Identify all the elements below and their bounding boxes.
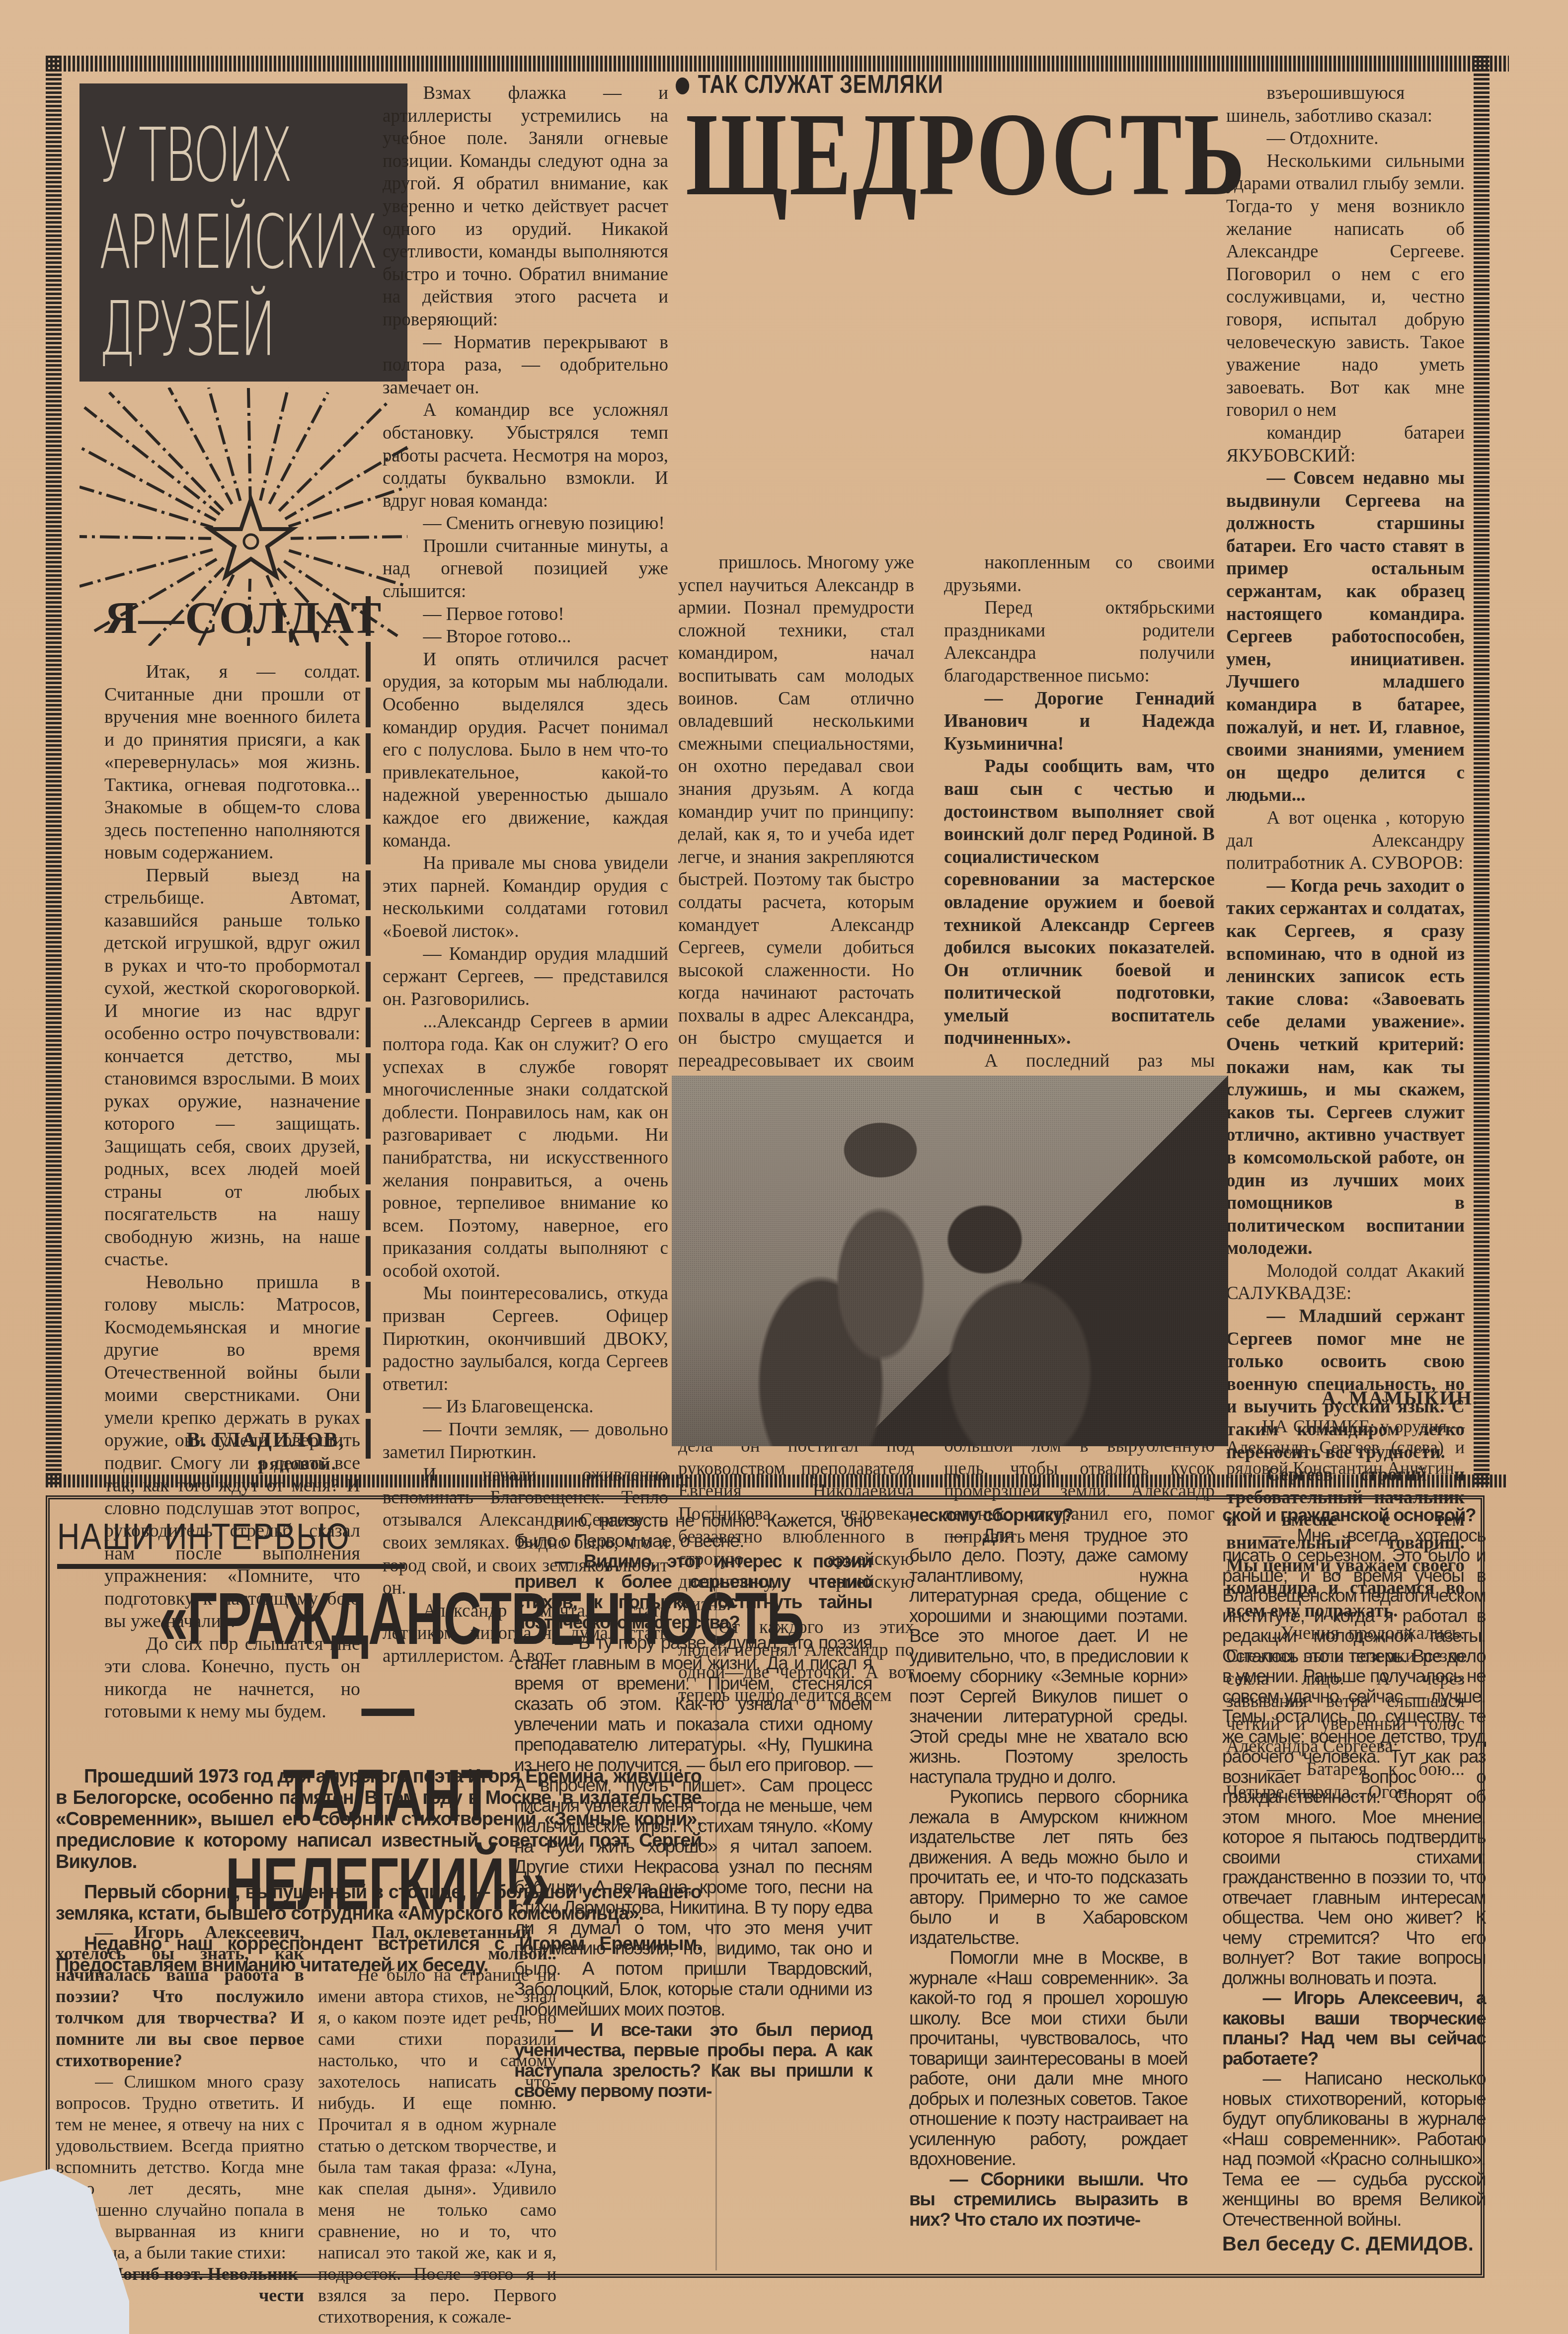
- paragraph: — Игорь Алексеевич, хотелось бы знать, к…: [56, 1922, 304, 2071]
- paragraph: — Когда речь заходит о таких сержантах и…: [1226, 875, 1465, 1260]
- paragraph: — Дорогие Геннадий Иванович и Надежда Ку…: [944, 688, 1215, 756]
- paragraph: — Сменить огневую позицию!: [383, 512, 668, 535]
- paragraph: Молодой солдат Акакий САЛУКВАДЗЕ:: [1226, 1260, 1465, 1305]
- paragraph: — Видимо, этот интерес к поэзии привел к…: [514, 1551, 872, 1633]
- paragraph: А командир все усложнял обстановку. Убыс…: [383, 399, 668, 512]
- paragraph: — Отдохните.: [1226, 127, 1465, 150]
- paragraph: Взмах флажка — и артиллеристы устремилис…: [383, 82, 668, 331]
- paragraph: — Из Благовещенска.: [383, 1396, 668, 1418]
- paragraph: — Норматив перекрывают в полтора раза, —…: [383, 331, 668, 399]
- byline-demidov: Вел беседу С. ДЕМИДОВ.: [1222, 2233, 1474, 2256]
- paragraph: — Совсем недавно мы выдвинули Сергеева н…: [1226, 467, 1465, 807]
- rubric-block: У ТВОИХ АРМЕЙСКИХ ДРУЗЕЙ: [79, 83, 407, 382]
- paragraph: ческому сборнику?: [909, 1505, 1187, 1526]
- paragraph: — Командир орудия младший сержант Сергее…: [383, 943, 668, 1011]
- paragraph: И опять отличился расчет орудия, за кото…: [383, 648, 668, 852]
- rubric-nashi-intervyu: НАШИ ИНТЕРВЬЮ: [57, 1515, 350, 1557]
- article-title-ya-soldat: Я—СОЛДАТ: [104, 591, 382, 644]
- rubric-line-3: ДРУЗЕЙ: [99, 292, 274, 367]
- paragraph: — Мне всегда хотелось писать о серьезном…: [1222, 1526, 1486, 1989]
- interview-col5: ской и гражданской основой?— Мне всегда …: [1222, 1505, 1486, 2230]
- paragraph: Рукопись первого сборника лежала в Амурс…: [909, 1787, 1187, 1948]
- paragraph: ...Александр Сергеев в армии полтора год…: [383, 1011, 668, 1282]
- paragraph: Первый выезд на стрельбище. Автомат, каз…: [104, 864, 360, 1271]
- interview-col3: нию, наизусть не помню. Кажется, оно был…: [514, 1510, 872, 2101]
- paragraph: Несколькими сильными ударами отвалил глы…: [1226, 150, 1465, 422]
- paragraph: — Написано несколько новых стихотворений…: [1222, 2069, 1486, 2230]
- photo-soldiers-at-gun: [672, 1076, 1228, 1446]
- paragraph: — Сборники вышли. Что вы стремились выра…: [909, 2170, 1187, 2230]
- paragraph: — Игорь Алексеевич, а каковы ваши творче…: [1222, 1988, 1486, 2069]
- author-mamykin: А. МАМЫКИН.: [1322, 1386, 1479, 1409]
- interview-col4: ческому сборнику?— Для меня трудное это …: [909, 1505, 1187, 2230]
- paragraph: — Для меня трудное это было дело. Поэту,…: [909, 1526, 1187, 1788]
- paragraph: Рады сообщить вам, что ваш сын с честью …: [944, 755, 1215, 1050]
- paragraph: На привале мы снова увидели этих парней.…: [383, 852, 668, 942]
- paragraph: ской и гражданской основой?: [1222, 1505, 1486, 1526]
- paragraph: пришлось. Многому уже успел научиться Ал…: [678, 551, 914, 1118]
- rubric-underline: [57, 1564, 405, 1569]
- right-border-hatched: [1474, 56, 1490, 1486]
- photo-caption: НА СНИМКЕ: у орудия— Александр Сергеев (…: [1226, 1416, 1465, 1478]
- paragraph: командир батареи ЯКУБОВСКИЙ:: [1226, 422, 1465, 467]
- author-rank: рядовой.: [258, 1453, 337, 1474]
- paragraph: Перед октябрьскими праздниками родители …: [944, 597, 1215, 687]
- rubric-line-2: АРМЕЙСКИХ: [99, 205, 376, 280]
- paragraph: А вот оценка , которую дал Александру по…: [1226, 807, 1465, 875]
- left-border-hatched: [46, 56, 62, 1486]
- paragraph: Прошли считанные минуты, а над огневой п…: [383, 535, 668, 603]
- article-shchedrost-col1: Взмах флажка — и артиллеристы устремилис…: [383, 82, 668, 1668]
- paragraph: накопленным со своими друзьями.: [944, 551, 1215, 597]
- rubric-line-1: У ТВОИХ: [99, 118, 291, 193]
- article-title-shchedrost: ЩЕДРОСТЬ: [686, 89, 1247, 219]
- paragraph: — В ту пору разве я думал, что поэзия ст…: [514, 1633, 872, 2020]
- paragraph: Мы поинтересовались, откуда призван Серг…: [383, 1282, 668, 1396]
- paragraph: — И все-таки это был период ученичества,…: [514, 2020, 872, 2101]
- paragraph: нию, наизусть не помню. Кажется, оно был…: [514, 1510, 872, 1551]
- paragraph: — Почти земляк, — довольно заметил Пирют…: [383, 1418, 668, 1464]
- paragraph: — Первое готово!: [383, 603, 668, 626]
- paragraph: Помогли мне в Москве, в журнале «Наш сов…: [909, 1948, 1187, 2170]
- column-separator: [366, 596, 371, 1461]
- paragraph: взъерошившуюся шинель, заботливо сказал:: [1226, 82, 1465, 127]
- paragraph: Итак, я — солдат. Считанные дни прошли о…: [104, 661, 360, 864]
- paragraph: — Второе готово...: [383, 625, 668, 648]
- author-gladilov: В. ГЛАДИЛОВ,: [186, 1428, 345, 1452]
